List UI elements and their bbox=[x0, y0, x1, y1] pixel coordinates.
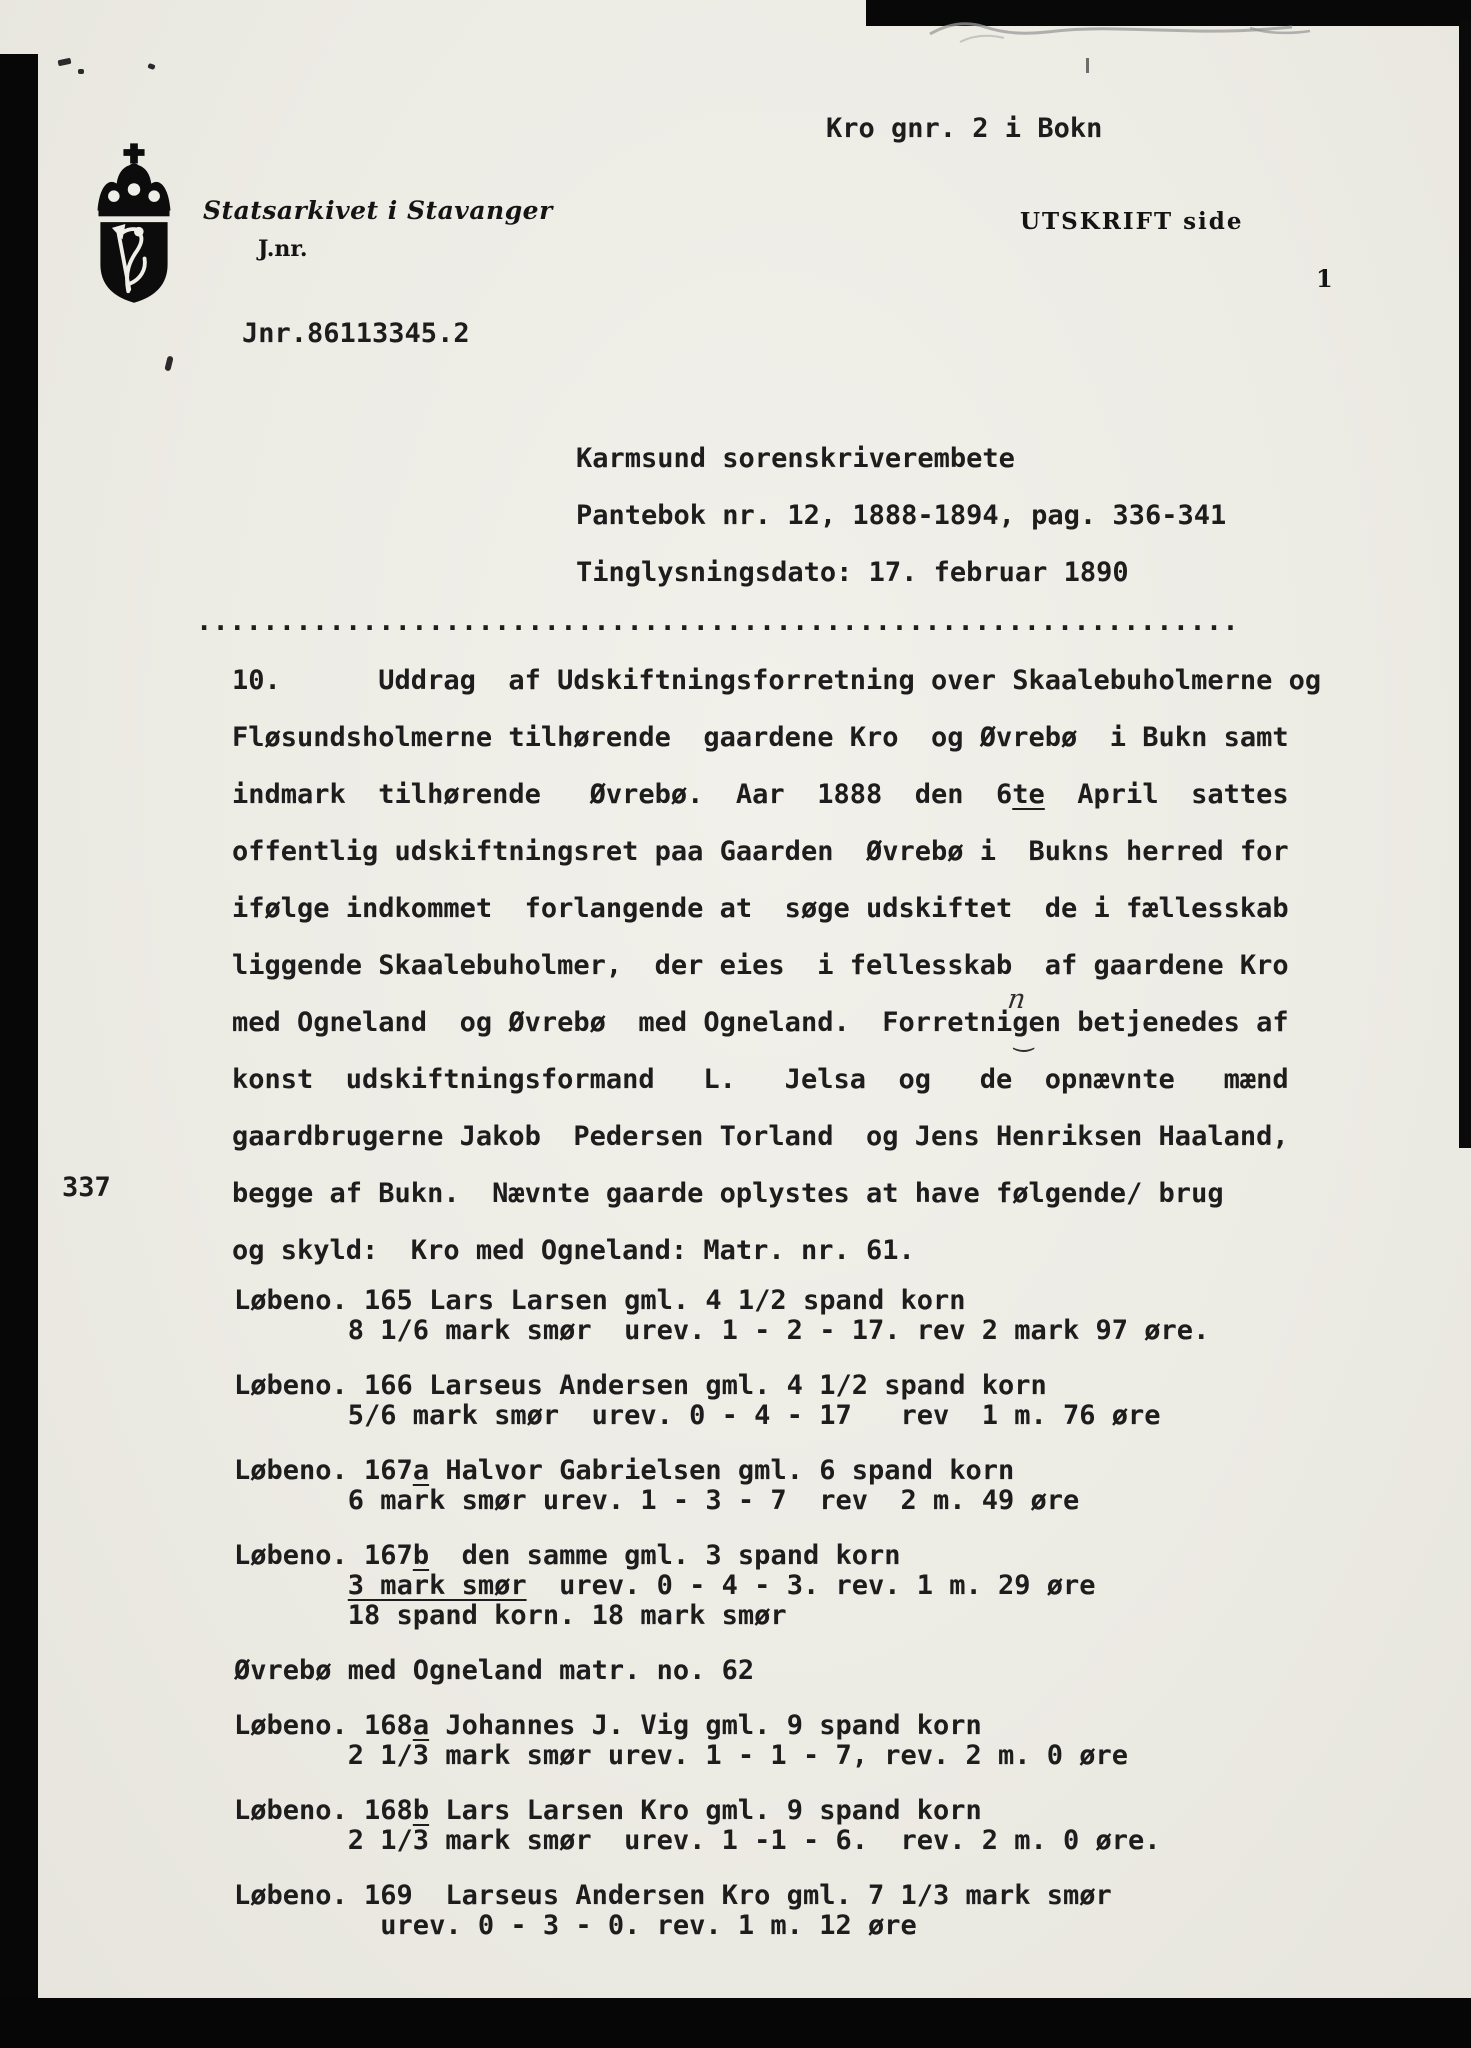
text-segment: Halvor Gabrielsen gml. 6 spand korn bbox=[429, 1455, 1014, 1486]
underlined-text-segment: 3 mark smør bbox=[348, 1570, 527, 1601]
entry-block: Løbeno. 168a Johannes J. Vig gml. 9 span… bbox=[234, 1711, 1209, 1771]
paragraph-line: begge af Bukn. Nævnte gaarde oplystes at… bbox=[232, 1165, 1321, 1222]
text-segment: Løbeno. 167 bbox=[234, 1540, 413, 1571]
text-segment: Løbeno. 165 Lars Larsen gml. 4 1/2 spand… bbox=[234, 1285, 966, 1316]
source-reference-block: Karmsund sorenskriverembetePantebok nr. … bbox=[576, 430, 1226, 601]
text-segment: konst udskiftningsformand L. Jelsa og de… bbox=[232, 1064, 1289, 1095]
scanned-document-page: Kro gnr. 2 i Bokn Statsarkivet i Stavang… bbox=[0, 0, 1471, 2048]
reference-line: Tinglysningsdato: 17. februar 1890 bbox=[576, 544, 1226, 601]
entry-line: 8 1/6 mark smør urev. 1 - 2 - 17. rev 2 … bbox=[234, 1316, 1209, 1346]
paragraph-line: indmark tilhørende Øvrebø. Aar 1888 den … bbox=[232, 766, 1321, 823]
paragraph-line: gaardbrugerne Jakob Pedersen Torland og … bbox=[232, 1108, 1321, 1165]
underlined-text-segment: te bbox=[1012, 779, 1045, 810]
scan-speck bbox=[147, 63, 155, 70]
paragraph-line: og skyld: Kro med Ogneland: Matr. nr. 61… bbox=[232, 1222, 1321, 1279]
entry-line: urev. 0 - 3 - 0. rev. 1 m. 12 øre bbox=[234, 1911, 1209, 1941]
entry-line: 3 mark smør urev. 0 - 4 - 3. rev. 1 m. 2… bbox=[234, 1571, 1209, 1601]
paragraph-line: med Ogneland og Øvrebø med Ogneland. For… bbox=[232, 994, 1321, 1051]
entry-block: Løbeno. 167a Halvor Gabrielsen gml. 6 sp… bbox=[234, 1456, 1209, 1516]
text-segment: Løbeno. 167 bbox=[234, 1455, 413, 1486]
text-segment: Løbeno. 166 Larseus Andersen gml. 4 1/2 … bbox=[234, 1370, 1047, 1401]
journal-label: J.nr. bbox=[258, 236, 308, 262]
entry-line: 18 spand korn. 18 mark smør bbox=[234, 1601, 1209, 1631]
entry-line: Løbeno. 166 Larseus Andersen gml. 4 1/2 … bbox=[234, 1371, 1209, 1401]
text-segment: April sattes bbox=[1045, 779, 1289, 810]
text-segment: Johannes J. Vig gml. 9 spand korn bbox=[429, 1710, 982, 1741]
print-label: UTSKRIFT side bbox=[1020, 208, 1244, 235]
entry-block: Øvrebø med Ogneland matr. no. 62 bbox=[234, 1656, 1209, 1686]
underlined-text-segment: b bbox=[413, 1540, 429, 1571]
entry-block: Løbeno. 166 Larseus Andersen gml. 4 1/2 … bbox=[234, 1371, 1209, 1431]
main-paragraph: 10. Uddrag af Udskiftningsforretning ove… bbox=[232, 652, 1321, 1279]
handwritten-caret-mark: ‿ bbox=[1014, 1024, 1033, 1052]
text-segment: Løbeno. 168 bbox=[234, 1710, 413, 1741]
text-segment: urev. 0 - 4 - 3. rev. 1 m. 29 øre bbox=[527, 1570, 1096, 1601]
journal-number: Jnr.86113345.2 bbox=[242, 318, 470, 349]
text-segment: Løbeno. 169 Larseus Andersen Kro gml. 7 … bbox=[234, 1880, 1112, 1911]
text-segment: Øvrebø med Ogneland matr. no. 62 bbox=[234, 1655, 754, 1686]
entry-line: 2 1/3 mark smør urev. 1 - 1 - 7, rev. 2 … bbox=[234, 1741, 1209, 1771]
reference-line: Karmsund sorenskriverembete bbox=[576, 430, 1226, 487]
entry-line: Løbeno. 168a Johannes J. Vig gml. 9 span… bbox=[234, 1711, 1209, 1741]
scan-scribble-artifact bbox=[920, 0, 1340, 60]
paragraph-line: Fløsundsholmerne tilhørende gaardene Kro… bbox=[232, 709, 1321, 766]
entry-block: Løbeno. 168b Lars Larsen Kro gml. 9 span… bbox=[234, 1796, 1209, 1856]
text-segment: 18 spand korn. 18 mark smør bbox=[234, 1600, 787, 1631]
paragraph-line: konst udskiftningsformand L. Jelsa og de… bbox=[232, 1051, 1321, 1108]
text-segment: liggende Skaalebuholmer, der eies i fell… bbox=[232, 950, 1289, 981]
text-segment: og skyld: Kro med Ogneland: Matr. nr. 61… bbox=[232, 1235, 915, 1266]
text-segment: med Ogneland og Øvrebø med Ogneland. For… bbox=[232, 1007, 1289, 1038]
cadastral-entries-list: Løbeno. 165 Lars Larsen gml. 4 1/2 spand… bbox=[234, 1286, 1209, 1966]
entry-block: Løbeno. 169 Larseus Andersen Kro gml. 7 … bbox=[234, 1881, 1209, 1941]
text-segment: Lars Larsen Kro gml. 9 spand korn bbox=[429, 1795, 982, 1826]
text-segment: Tinglysningsdato: 17. februar 1890 bbox=[576, 557, 1129, 588]
text-segment: urev. 0 - 3 - 0. rev. 1 m. 12 øre bbox=[234, 1910, 917, 1941]
entry-line: 6 mark smør urev. 1 - 3 - 7 rev 2 m. 49 … bbox=[234, 1486, 1209, 1516]
text-segment: offentlig udskiftningsret paa Gaarden Øv… bbox=[232, 836, 1289, 867]
page-number: 1 bbox=[1316, 264, 1333, 293]
entry-line: Øvrebø med Ogneland matr. no. 62 bbox=[234, 1656, 1209, 1686]
underlined-text-segment: b bbox=[413, 1795, 429, 1826]
text-segment: den samme gml. 3 spand korn bbox=[429, 1540, 900, 1571]
text-segment bbox=[234, 1570, 348, 1601]
scan-speck bbox=[164, 355, 173, 371]
archive-name: Statsarkivet i Stavanger bbox=[203, 196, 553, 225]
text-segment: Pantebok nr. 12, 1888-1894, pag. 336-341 bbox=[576, 500, 1226, 531]
text-segment: ifølge indkommet forlangende at søge uds… bbox=[232, 893, 1289, 924]
margin-page-reference: 337 bbox=[62, 1172, 111, 1203]
text-segment: Fløsundsholmerne tilhørende gaardene Kro… bbox=[232, 722, 1289, 753]
text-segment: Karmsund sorenskriverembete bbox=[576, 443, 1015, 474]
paragraph-line: 10. Uddrag af Udskiftningsforretning ove… bbox=[232, 652, 1321, 709]
entry-line: Løbeno. 167b den samme gml. 3 spand korn bbox=[234, 1541, 1209, 1571]
text-segment: 8 1/6 mark smør urev. 1 - 2 - 17. rev 2 … bbox=[234, 1315, 1209, 1346]
entry-line: Løbeno. 168b Lars Larsen Kro gml. 9 span… bbox=[234, 1796, 1209, 1826]
paragraph-line: liggende Skaalebuholmer, der eies i fell… bbox=[232, 937, 1321, 994]
dotted-separator: ........................................… bbox=[196, 602, 1239, 642]
underlined-text-segment: a bbox=[413, 1455, 429, 1486]
paragraph-line: ifølge indkommet forlangende at søge uds… bbox=[232, 880, 1321, 937]
paragraph-line: offentlig udskiftningsret paa Gaarden Øv… bbox=[232, 823, 1321, 880]
text-segment: gaardbrugerne Jakob Pedersen Torland og … bbox=[232, 1121, 1289, 1152]
text-segment: 2 1/3 mark smør urev. 1 - 1 - 7, rev. 2 … bbox=[234, 1740, 1128, 1771]
text-segment: Løbeno. 168 bbox=[234, 1795, 413, 1826]
text-segment: 5/6 mark smør urev. 0 - 4 - 17 rev 1 m. … bbox=[234, 1400, 1161, 1431]
document-title: Kro gnr. 2 i Bokn bbox=[826, 112, 1102, 146]
reference-line: Pantebok nr. 12, 1888-1894, pag. 336-341 bbox=[576, 487, 1226, 544]
scan-border-bottom bbox=[0, 1998, 1471, 2048]
entry-block: Løbeno. 167b den samme gml. 3 spand korn… bbox=[234, 1541, 1209, 1631]
underlined-text-segment: a bbox=[413, 1710, 429, 1741]
entry-line: 2 1/3 mark smør urev. 1 -1 - 6. rev. 2 m… bbox=[234, 1826, 1209, 1856]
coat-of-arms-icon bbox=[86, 138, 182, 310]
text-segment: 2 1/3 mark smør urev. 1 -1 - 6. rev. 2 m… bbox=[234, 1825, 1161, 1856]
scan-speck bbox=[78, 69, 84, 74]
text-segment: indmark tilhørende Øvrebø. Aar 1888 den … bbox=[232, 779, 1012, 810]
entry-line: Løbeno. 169 Larseus Andersen Kro gml. 7 … bbox=[234, 1881, 1209, 1911]
text-segment: 6 mark smør urev. 1 - 3 - 7 rev 2 m. 49 … bbox=[234, 1485, 1079, 1516]
scan-border-right bbox=[1459, 20, 1471, 1148]
entry-line: Løbeno. 165 Lars Larsen gml. 4 1/2 spand… bbox=[234, 1286, 1209, 1316]
scan-border-left bbox=[0, 54, 38, 2000]
text-segment: begge af Bukn. Nævnte gaarde oplystes at… bbox=[232, 1178, 1224, 1209]
scan-speck bbox=[1086, 58, 1089, 73]
text-segment: 10. Uddrag af Udskiftningsforretning ove… bbox=[232, 665, 1321, 696]
entry-line: Løbeno. 167a Halvor Gabrielsen gml. 6 sp… bbox=[234, 1456, 1209, 1486]
entry-line: 5/6 mark smør urev. 0 - 4 - 17 rev 1 m. … bbox=[234, 1401, 1209, 1431]
scan-speck bbox=[58, 58, 72, 67]
entry-block: Løbeno. 165 Lars Larsen gml. 4 1/2 spand… bbox=[234, 1286, 1209, 1346]
